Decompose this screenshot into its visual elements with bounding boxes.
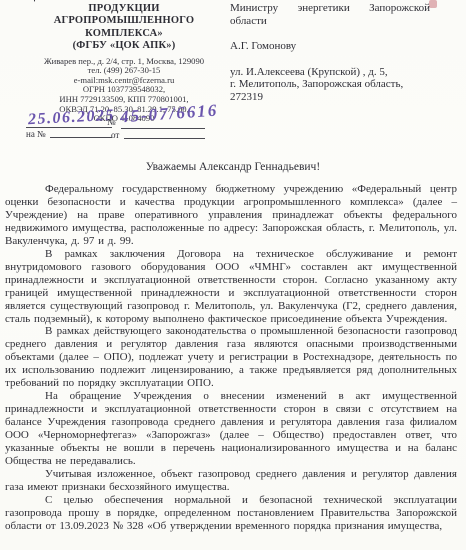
recipient-title-line-1: Министру энергетики Запорожской xyxy=(230,2,430,15)
number-label: № xyxy=(107,117,116,127)
recipient-address-line-1: ул. И.Алексеева (Крупской) , д. 5, xyxy=(230,66,430,79)
letter-body: Федеральному государственному бюджетному… xyxy=(5,183,457,533)
salutation: Уважаемы Александр Геннадьевич! xyxy=(0,161,466,173)
incoming-date-label: от xyxy=(111,130,119,140)
body-paragraph: С целью обеспечения нормальной и безопас… xyxy=(5,494,457,533)
number-underline xyxy=(121,128,205,129)
recipient-address-line-2: г. Мелитополь, Запорожская область, xyxy=(230,78,430,91)
body-paragraph: На обращение Учреждения о внесении измен… xyxy=(5,390,457,468)
recipient-address-line-3: 272319 xyxy=(230,91,430,104)
incoming-number-underline xyxy=(50,137,112,138)
body-paragraph: Учитывая изложенное, объект газопровод с… xyxy=(5,468,457,494)
body-paragraph: Федеральному государственному бюджетному… xyxy=(5,183,457,248)
scan-artifact-mark xyxy=(429,0,437,8)
body-paragraph: В рамках заключения Договора на техничес… xyxy=(5,248,457,326)
body-paragraph: В рамках действующего законодательства о… xyxy=(5,325,457,390)
recipient-block: Министру энергетики Запорожской области … xyxy=(230,2,430,103)
scanned-letter-page: ОЦЕНКИ БЕЗОПАСНОСТИ И КАЧЕСТВА ПРОДУКЦИИ… xyxy=(0,0,466,550)
handwritten-outgoing-number: 45-07/6616 xyxy=(119,101,219,128)
incoming-date-underline xyxy=(124,138,205,139)
recipient-address: ул. И.Алексеева (Крупской) , д. 5, г. Ме… xyxy=(230,66,430,104)
incoming-number-label: на № xyxy=(26,129,46,139)
reference-block: 25.06.2025 № 45-07/6616 на № от xyxy=(0,0,240,150)
handwritten-date: 25.06.2025 xyxy=(28,107,116,130)
recipient-title-line-2: области xyxy=(230,15,430,28)
recipient-name: А.Г. Гомонову xyxy=(230,40,430,53)
date-underline xyxy=(26,127,112,128)
